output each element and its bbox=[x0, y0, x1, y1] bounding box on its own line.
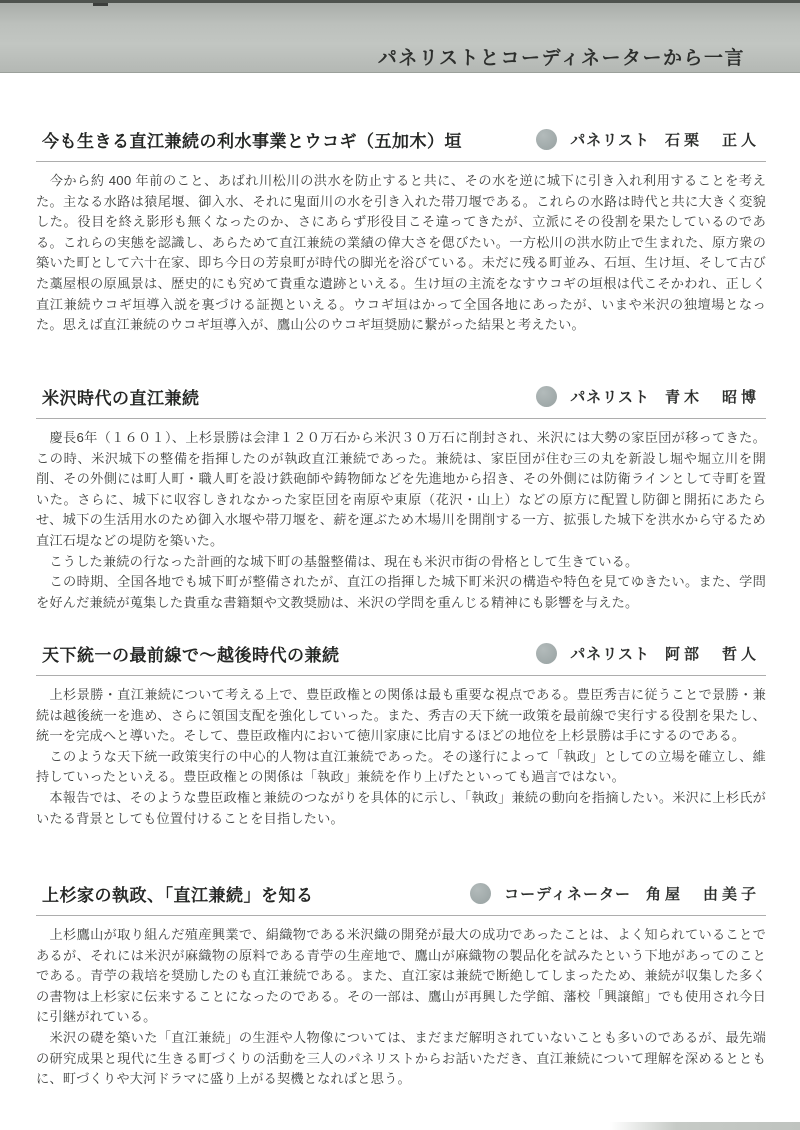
speaker-role: パネリスト bbox=[570, 129, 650, 150]
scan-artifact-mark bbox=[93, 3, 108, 6]
document-page: パネリストとコーディネーターから一言 今も生きる直江兼続の利水事業とウコギ（五加… bbox=[0, 0, 800, 1130]
paragraph: 慶長6年（１６０１）、上杉景勝は会津１２０万石から米沢３０万石に削封され、米沢に… bbox=[36, 428, 766, 552]
paragraph: 本報告では、そのような豊臣政権と兼続のつながりを具体的に示し、「執政」兼続の動向… bbox=[36, 788, 766, 829]
speaker-block: コーディネーター 角屋 由美子 bbox=[470, 883, 760, 904]
bullet-circle-icon bbox=[470, 883, 491, 904]
footer-gray-bar bbox=[610, 1122, 800, 1130]
section-body: 上杉鷹山が取り組んだ殖産興業で、絹織物である米沢織の開発が最大の成功であったこと… bbox=[36, 925, 766, 1090]
paragraph: 上杉鷹山が取り組んだ殖産興業で、絹織物である米沢織の開発が最大の成功であったこと… bbox=[36, 925, 766, 1028]
bullet-circle-icon bbox=[536, 129, 557, 150]
section-title: 米沢時代の直江兼続 bbox=[42, 384, 200, 409]
section-title: 天下統一の最前線で～越後時代の兼続 bbox=[42, 641, 340, 666]
paragraph: 米沢の礎を築いた「直江兼続」の生涯や人物像については、まだまだ解明されていないこ… bbox=[36, 1028, 766, 1090]
section-body: 今から約 400 年前のこと、あばれ川松川の洪水を防止すると共に、その水を逆に城… bbox=[36, 171, 766, 336]
bullet-circle-icon bbox=[536, 643, 557, 664]
speaker-name: 青木 昭博 bbox=[665, 386, 760, 407]
section-divider bbox=[36, 161, 766, 162]
speaker-role: パネリスト bbox=[570, 643, 650, 664]
section-title: 今も生きる直江兼続の利水事業とウコギ（五加木）垣 bbox=[42, 127, 462, 152]
speaker-block: パネリスト 石栗 正人 bbox=[536, 129, 760, 150]
section-coordinator: 上杉家の執政、「直江兼続」を知る コーディネーター 角屋 由美子 上杉鷹山が取り… bbox=[36, 880, 766, 1090]
speaker-block: パネリスト 阿部 哲人 bbox=[536, 643, 760, 664]
section-header: 上杉家の執政、「直江兼続」を知る コーディネーター 角屋 由美子 bbox=[36, 880, 766, 906]
speaker-name: 石栗 正人 bbox=[665, 129, 760, 150]
speaker-name: 阿部 哲人 bbox=[665, 643, 760, 664]
paragraph: この時期、全国各地でも城下町が整備されたが、直江の指揮した城下町米沢の構造や特色… bbox=[36, 572, 766, 613]
section-ukogi: 今も生きる直江兼続の利水事業とウコギ（五加木）垣 パネリスト 石栗 正人 今から… bbox=[36, 126, 766, 336]
page-header-title: パネリストとコーディネーターから一言 bbox=[378, 43, 745, 70]
section-body: 上杉景勝・直江兼続について考える上で、豊臣政権との関係は最も重要な視点である。豊… bbox=[36, 685, 766, 829]
section-header: 米沢時代の直江兼続 パネリスト 青木 昭博 bbox=[36, 383, 766, 409]
paragraph: このような天下統一政策実行の中心的人物は直江兼続であった。その遂行によって「執政… bbox=[36, 747, 766, 788]
paragraph: 今から約 400 年前のこと、あばれ川松川の洪水を防止すると共に、その水を逆に城… bbox=[36, 171, 766, 336]
bullet-circle-icon bbox=[536, 386, 557, 407]
section-divider bbox=[36, 915, 766, 916]
section-body: 慶長6年（１６０１）、上杉景勝は会津１２０万石から米沢３０万石に削封され、米沢に… bbox=[36, 428, 766, 613]
section-header: 今も生きる直江兼続の利水事業とウコギ（五加木）垣 パネリスト 石栗 正人 bbox=[36, 126, 766, 152]
section-yonezawa-era: 米沢時代の直江兼続 パネリスト 青木 昭博 慶長6年（１６０１）、上杉景勝は会津… bbox=[36, 383, 766, 613]
speaker-name: 角屋 由美子 bbox=[646, 883, 760, 904]
section-echigo-era: 天下統一の最前線で～越後時代の兼続 パネリスト 阿部 哲人 上杉景勝・直江兼続に… bbox=[36, 640, 766, 829]
speaker-role: パネリスト bbox=[570, 386, 650, 407]
paragraph: こうした兼続の行なった計画的な城下町の基盤整備は、現在も米沢市街の骨格として生き… bbox=[36, 552, 766, 573]
section-title: 上杉家の執政、「直江兼続」を知る bbox=[42, 881, 314, 906]
section-divider bbox=[36, 418, 766, 419]
paragraph: 上杉景勝・直江兼続について考える上で、豊臣政権との関係は最も重要な視点である。豊… bbox=[36, 685, 766, 747]
section-header: 天下統一の最前線で～越後時代の兼続 パネリスト 阿部 哲人 bbox=[36, 640, 766, 666]
speaker-block: パネリスト 青木 昭博 bbox=[536, 386, 760, 407]
speaker-role: コーディネーター bbox=[504, 883, 631, 904]
section-divider bbox=[36, 675, 766, 676]
